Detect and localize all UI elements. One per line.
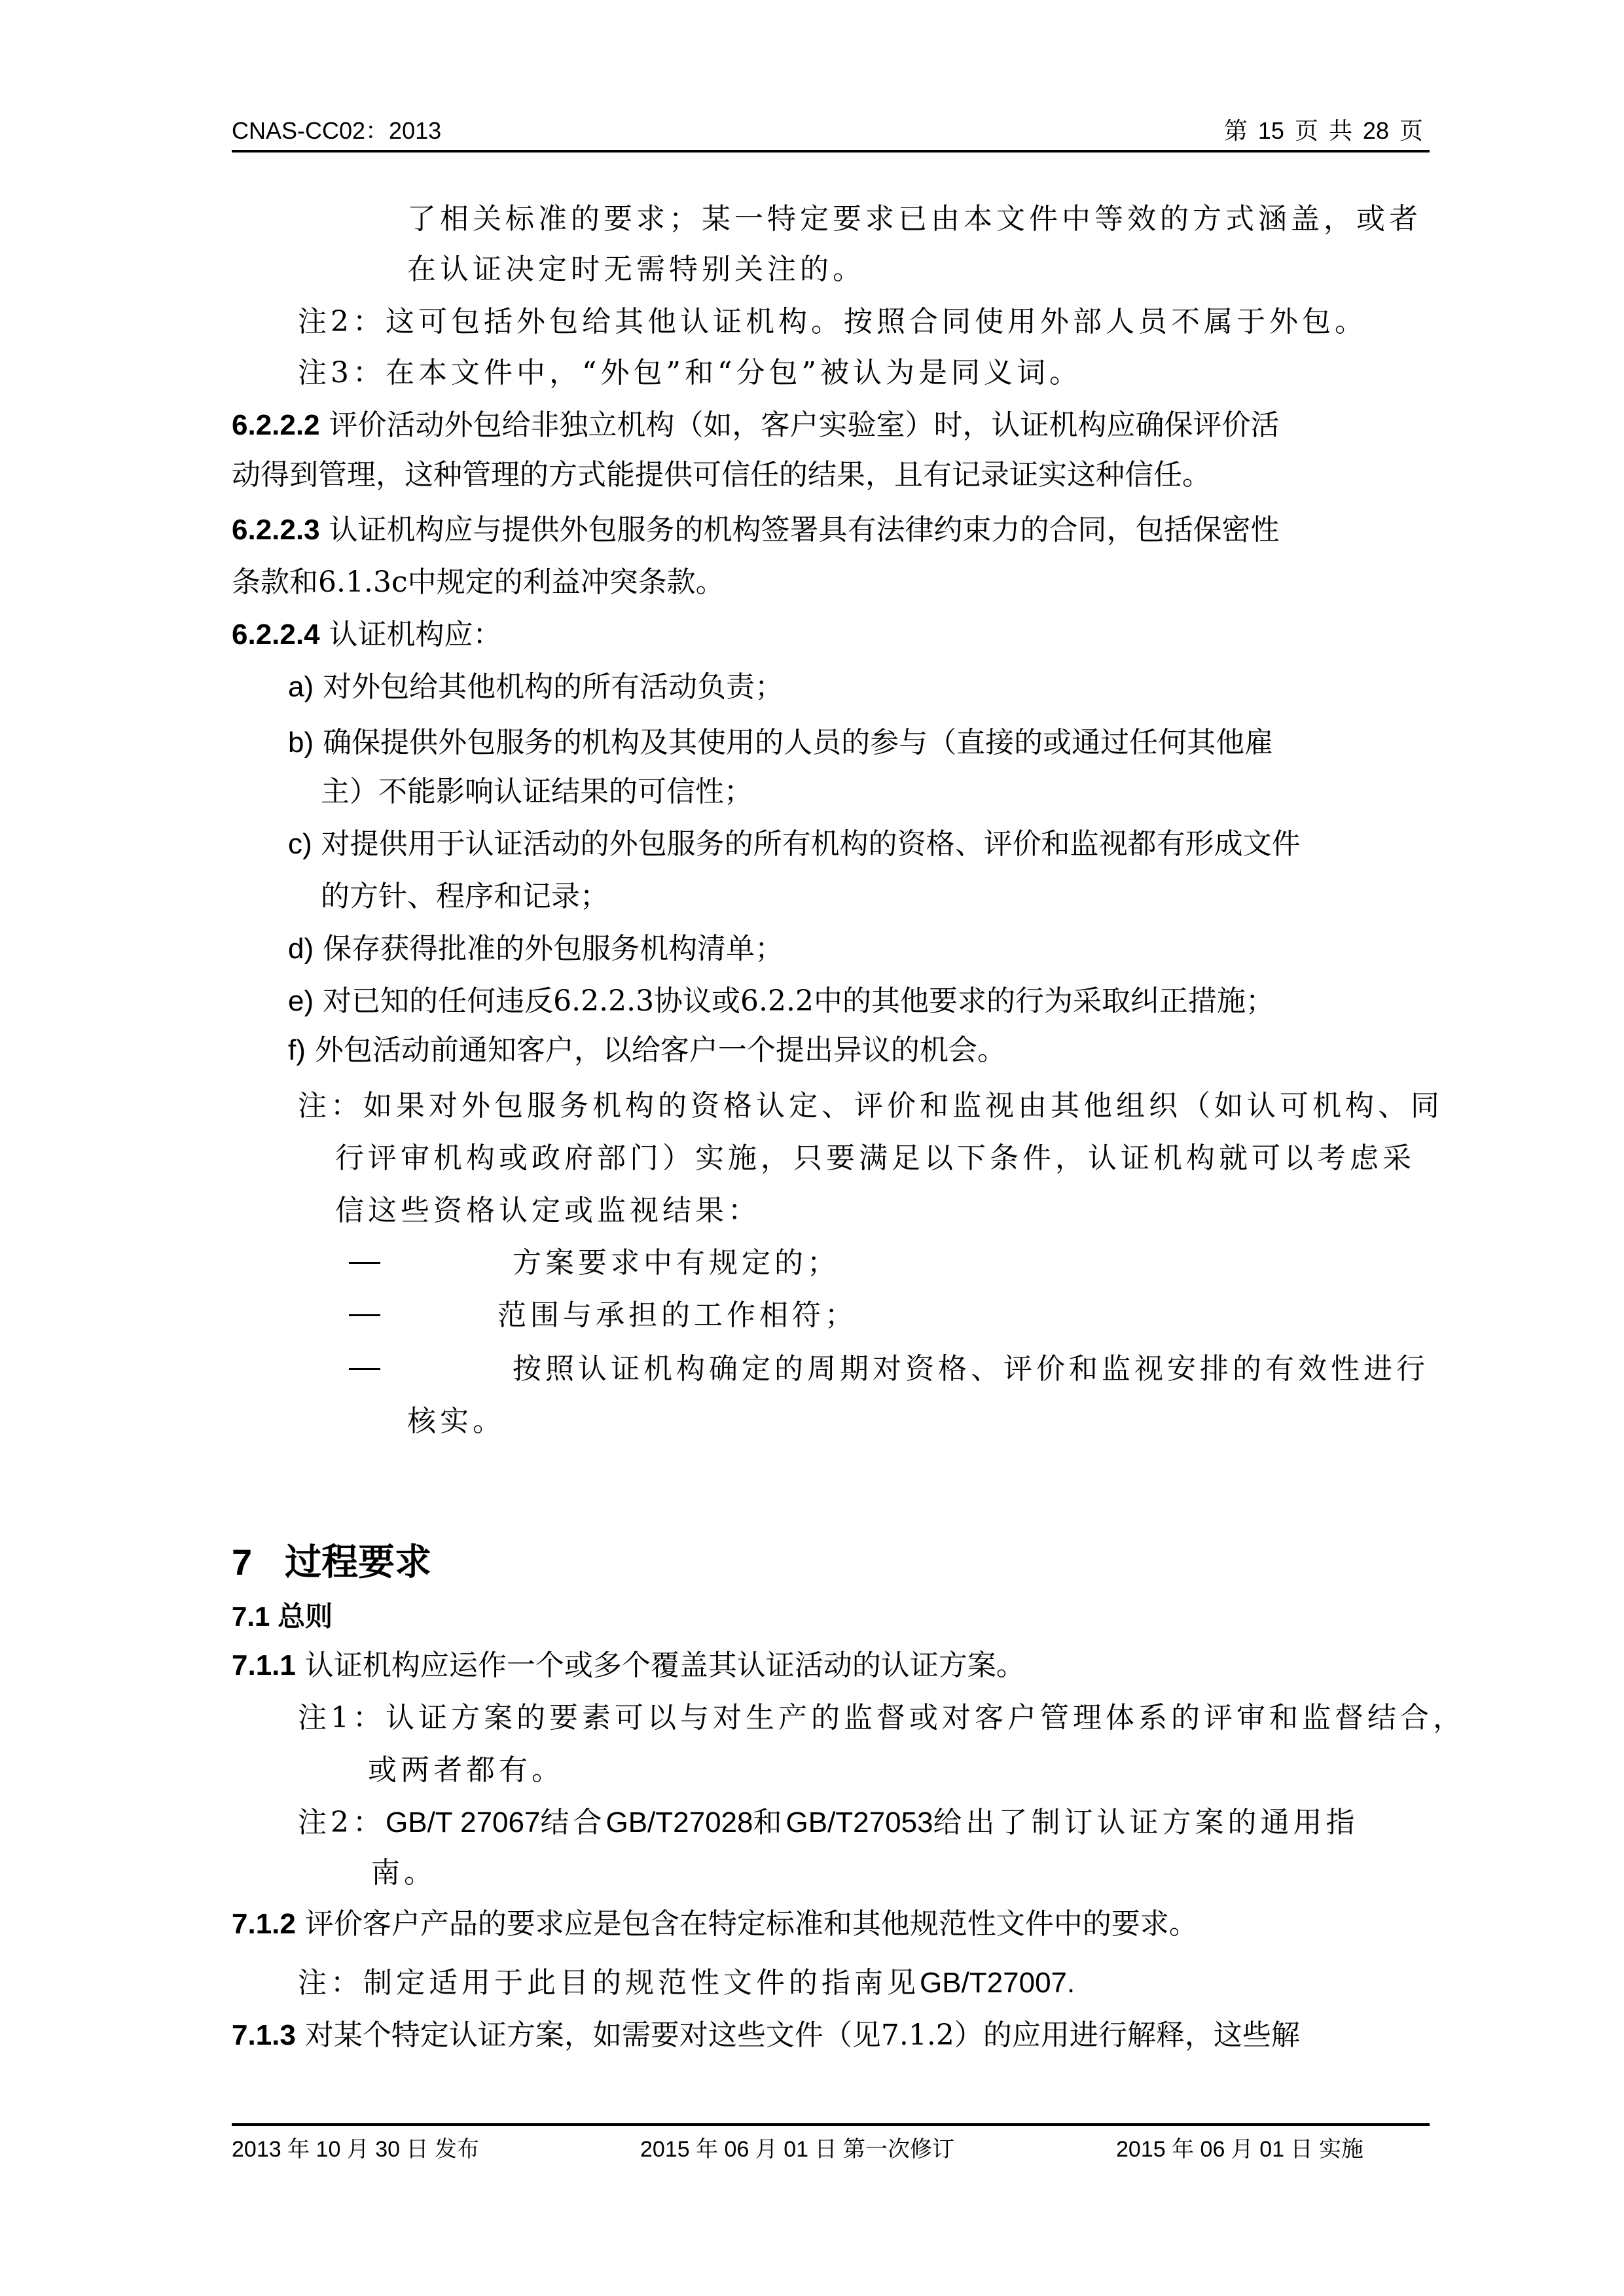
outsourcing-note-line-2: 行评审机构或政府部门）实施，只要满足以下条件，认证机构就可以考虑采 (335, 1139, 1415, 1178)
list-text: 对已知的任何违反6.2.2.3协议或6.2.2中的其他要求的行为采取纠正措施； (323, 984, 1274, 1018)
note-text: 认证方案的要素可以与对生产的监督或对客户管理体系的评审和监督结合， (386, 1701, 1466, 1734)
clause-7-1-1: 7.1.1 认证机构应运作一个或多个覆盖其认证活动的认证方案。 (232, 1646, 1025, 1685)
standard-ref: GB/T 27067 (386, 1806, 540, 1839)
clause-text: 认证机构应与提供外包服务的机构签署具有法律约束力的合同，包括保密性 (329, 513, 1280, 547)
list-item-e: e) 对已知的任何违反6.2.2.3协议或6.2.2中的其他要求的行为采取纠正措… (288, 982, 1274, 1021)
list-item-b-line-2: 主）不能影响认证结果的可信性； (321, 772, 753, 812)
section-heading-7: 7过程要求 (232, 1539, 431, 1585)
list-item-a: a) 对外包给其他机构的所有活动负责； (288, 668, 784, 707)
list-label: d) (288, 933, 314, 965)
list-label: b) (288, 726, 314, 759)
footer-revision-date: 2015 年 06 月 01 日 第一次修订 (640, 2135, 954, 2164)
header-rule (232, 150, 1430, 152)
clause-6-2-2-2: 6.2.2.2 评价活动外包给非独立机构（如，客户实验室）时，认证机构应确保评价… (232, 406, 1280, 445)
list-label: c) (288, 828, 312, 860)
clause-text: 认证机构应运作一个或多个覆盖其认证活动的认证方案。 (305, 1649, 1025, 1682)
standard-ref: GB/T27007. (920, 1967, 1075, 1999)
note-2-text: 这可包括外包给其他认证机构。按照合同使用外部人员不属于外包。 (386, 305, 1367, 338)
list-text: 对提供用于认证活动的外包服务的所有机构的资格、评价和监视都有形成文件 (321, 827, 1301, 861)
clause-number: 6.2.2.3 (232, 514, 320, 546)
clause-text: 对某个特定认证方案，如需要对这些文件（见7.1.2）的应用进行解释，这些解 (305, 2018, 1300, 2052)
condition-2: 范围与承担的工作相符； (497, 1296, 857, 1335)
standard-ref: GB/T27053 (786, 1806, 933, 1839)
note-2: 注2：这可包括外包给其他认证机构。按照合同使用外部人员不属于外包。 (298, 302, 1367, 342)
note-text: 结合 (540, 1806, 605, 1839)
continued-text-line-2: 在认证决定时无需特别关注的。 (407, 250, 865, 289)
clause-number: 7.1.3 (232, 2019, 296, 2051)
list-label: e) (288, 985, 314, 1017)
clause-7-1-3: 7.1.3 对某个特定认证方案，如需要对这些文件（见7.1.2）的应用进行解释，… (232, 2016, 1300, 2055)
list-item-f: f) 外包活动前通知客户，以给客户一个提出异议的机会。 (288, 1031, 1006, 1070)
document-page: CNAS-CC02：2013 第 15 页 共 28 页 了相关标准的要求；某一… (0, 0, 1624, 2296)
clause-7-1-1-note-1: 注1：认证方案的要素可以与对生产的监督或对客户管理体系的评审和监督结合， (298, 1698, 1466, 1738)
list-item-c-line-2: 的方针、程序和记录； (321, 877, 609, 916)
note-3: 注3：在本文件中，“外包”和“分包”被认为是同义词。 (298, 353, 1082, 393)
clause-number: 6.2.2.2 (232, 409, 320, 441)
clause-number: 7.1.2 (232, 1908, 296, 1940)
outsourcing-note: 注：如果对外包服务机构的资格认定、评价和监视由其他组织（如认可机构、同 (298, 1086, 1443, 1126)
note-label: 注2： (298, 1806, 386, 1839)
list-item-c: c) 对提供用于认证活动的外包服务的所有机构的资格、评价和监视都有形成文件 (288, 825, 1301, 864)
subsection-heading-7-1: 7.1 总则 (232, 1597, 333, 1636)
clause-text: 评价客户产品的要求应是包含在特定标准和其他规范性文件中的要求。 (305, 1907, 1198, 1941)
clause-number: 6.2.2.4 (232, 619, 320, 651)
note-3-label: 注3： (298, 356, 386, 389)
clause-7-1-2-note: 注：制定适用于此目的规范性文件的指南见GB/T27007. (298, 1964, 1075, 2003)
note-label: 注1： (298, 1701, 386, 1734)
list-text: 确保提供外包服务的机构及其使用的人员的参与（直接的或通过任何其他雇 (323, 726, 1273, 759)
clause-7-1-1-note-2: 注2：GB/T 27067结合GB/T27028和GB/T27053给出了制订认… (298, 1803, 1359, 1842)
note-2-label: 注2： (298, 305, 386, 338)
condition-1: 方案要求中有规定的； (513, 1244, 840, 1283)
list-label: f) (288, 1034, 306, 1066)
note-text: 制定适用于此目的规范性文件的指南见 (363, 1966, 920, 2000)
list-label: a) (288, 671, 314, 703)
list-item-d: d) 保存获得批准的外包服务机构清单； (288, 929, 784, 969)
header-page-info: 第 15 页 共 28 页 (1224, 117, 1423, 145)
note-label: 注： (298, 1089, 363, 1122)
clause-number: 7.1.1 (232, 1649, 296, 1681)
dash-bullet (349, 1314, 380, 1316)
clause-6-2-2-2-line-2: 动得到管理，这种管理的方式能提供可信任的结果，且有记录证实这种信任。 (232, 456, 1211, 495)
clause-7-1-2: 7.1.2 评价客户产品的要求应是包含在特定标准和其他规范性文件中的要求。 (232, 1905, 1198, 1944)
dash-bullet (349, 1262, 380, 1264)
note-text: 和 (753, 1806, 786, 1839)
list-text: 外包活动前通知客户，以给客户一个提出异议的机会。 (315, 1033, 1006, 1067)
subsection-number: 7.1 (232, 1601, 270, 1632)
list-text: 对外包给其他机构的所有活动负责； (323, 670, 784, 704)
note-text: 如果对外包服务机构的资格认定、评价和监视由其他组织（如认可机构、同 (363, 1089, 1443, 1122)
condition-3-line-2: 核实。 (407, 1402, 505, 1441)
condition-3: 按照认证机构确定的周期对资格、评价和监视安排的有效性进行 (513, 1350, 1429, 1389)
continued-text-line-1: 了相关标准的要求；某一特定要求已由本文件中等效的方式涵盖，或者 (407, 200, 1422, 239)
clause-7-1-1-note-1-line-2: 或两者都有。 (368, 1751, 564, 1790)
dash-bullet (349, 1368, 380, 1370)
clause-text: 评价活动外包给非独立机构（如，客户实验室）时，认证机构应确保评价活 (329, 408, 1280, 442)
list-text: 保存获得批准的外包服务机构清单； (323, 932, 784, 965)
clause-6-2-2-4: 6.2.2.4 认证机构应： (232, 615, 502, 655)
clause-6-2-2-3-line-2: 条款和6.1.3c中规定的利益冲突条款。 (232, 563, 725, 602)
footer-rule (232, 2123, 1430, 2126)
header-doc-id: CNAS-CC02：2013 (232, 117, 441, 145)
standard-ref: GB/T27028 (605, 1806, 753, 1839)
clause-text: 认证机构应： (329, 618, 502, 651)
footer-published-date: 2013 年 10 月 30 日 发布 (232, 2135, 479, 2164)
clause-7-1-1-note-2-line-2: 南。 (371, 1854, 437, 1893)
note-label: 注： (298, 1966, 363, 2000)
outsourcing-note-line-3: 信这些资格认定或监视结果： (335, 1191, 761, 1230)
section-title: 过程要求 (285, 1541, 431, 1583)
list-item-b: b) 确保提供外包服务的机构及其使用的人员的参与（直接的或通过任何其他雇 (288, 723, 1273, 762)
footer-effective-date: 2015 年 06 月 01 日 实施 (1116, 2135, 1363, 2164)
subsection-title: 总则 (278, 1601, 333, 1632)
note-3-text: 在本文件中，“外包”和“分包”被认为是同义词。 (386, 356, 1082, 389)
clause-6-2-2-3: 6.2.2.3 认证机构应与提供外包服务的机构签署具有法律约束力的合同，包括保密… (232, 511, 1280, 550)
section-number: 7 (232, 1541, 252, 1583)
note-text: 给出了制订认证方案的通用指 (933, 1806, 1359, 1839)
